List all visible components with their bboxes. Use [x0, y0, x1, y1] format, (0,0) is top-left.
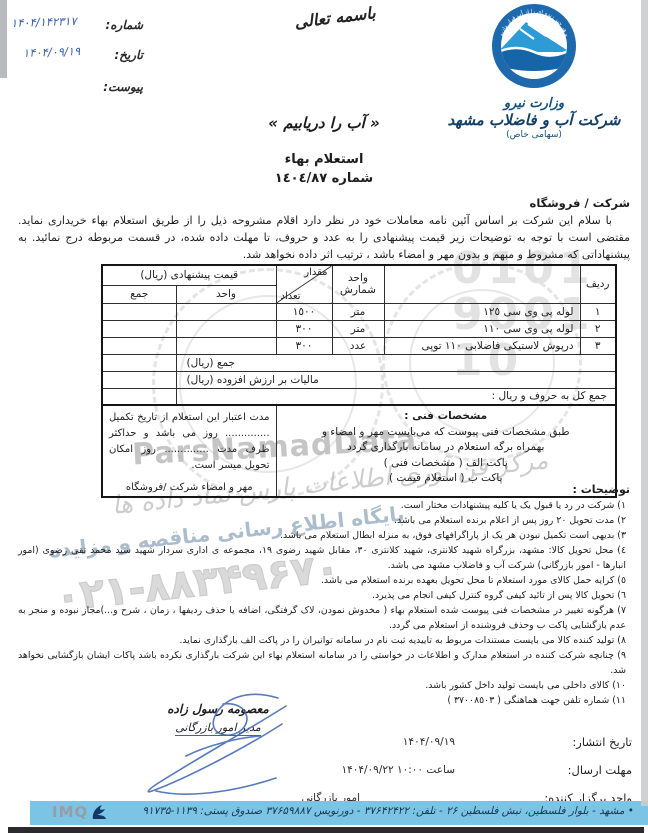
intro-paragraph: با سلام این شرکت بر اساس آئین نامه معامل… — [18, 212, 630, 263]
note-item: ٤) محل تحویل کالا: مشهد، بزرگراه شهید کل… — [18, 544, 626, 573]
items-table-wrapper: ردیف واحد شمارش مقدار تعداد قیمت پیشنهاد… — [101, 264, 617, 498]
item-unit-cell: عدد — [332, 337, 384, 354]
item-qty-cell: ٣٠٠ — [276, 320, 332, 337]
note-item: ٩) چنانچه شرکت کننده در استعلام مدارک و … — [18, 649, 626, 678]
item-unit-cell: متر — [332, 303, 384, 320]
item-unit-price-cell — [176, 303, 276, 320]
table-row: ٣ درپوش لاستیکی فاضلابی ١١٠ توپی عدد ٣٠٠ — [102, 337, 616, 354]
header-qty-count: تعداد — [281, 291, 301, 302]
note-item: ١٠) کالای داخلی می بایست تولید داخل کشور… — [18, 679, 626, 694]
grand-total-label-cell: جمع کل به حروف و ریال : — [176, 388, 616, 405]
imq-logo-text: IMQ — [52, 803, 88, 821]
header-qty-amount: مقدار — [304, 267, 327, 278]
vat-label-cell: مالیات بر ارزش افزوده (ریال) — [176, 371, 616, 388]
header-proposed-price: قیمت پیشنهادی (ریال) — [102, 265, 276, 285]
document-title: استعلام بهاء — [0, 152, 648, 167]
item-unit-cell: متر — [332, 320, 384, 337]
item-description-cell: درپوش لاستیکی فاضلابی ١١٠ توپی — [384, 337, 580, 354]
sum-value-cell — [102, 354, 176, 371]
signer-name: معصومه رسول زاده — [138, 702, 298, 716]
item-total-price-cell — [102, 337, 176, 354]
imq-logo: IMQ — [52, 803, 108, 821]
notes-list: ١) شرکت در رد یا قبول یک یا کلیه پیشنهاد… — [18, 499, 626, 709]
items-table: ردیف واحد شمارش مقدار تعداد قیمت پیشنهاد… — [101, 264, 617, 498]
specs-line1: طبق مشخصات فنی پیوست که می‌بایست مهر و ا… — [280, 425, 613, 441]
scan-bottom-strip — [8, 827, 644, 833]
specs-line2: بهمراه برگه استعلام در سامانه بارگذاری گ… — [280, 440, 613, 456]
water-company-logo-icon: و هر چیز زنده ای را از آب قرار دادیم — [490, 2, 578, 90]
deadline-value: ۱۴۰۴/۰۹/۲۲ ساعت ۱۰:۰۰ — [341, 764, 455, 776]
header-description — [384, 265, 580, 303]
note-item: ٢) مدت تحویل ٢٠ روز پس از اعلام برنده اس… — [18, 514, 626, 529]
row-number-cell: ١ — [580, 303, 616, 320]
notes-title: توضیحات : — [573, 483, 631, 496]
item-unit-price-cell — [176, 320, 276, 337]
signer-block: معصومه رسول زاده مدیر امور بازرگانی — [138, 702, 298, 736]
number-label: شماره: — [105, 18, 143, 32]
price-inquiry-document: 0101 9001 10 ParsNamadData مرکز فن آوری … — [0, 0, 648, 833]
item-description-cell: لوله پی وی سی ١٢٥ — [384, 303, 580, 320]
row-number-cell: ٣ — [580, 337, 616, 354]
item-total-price-cell — [102, 320, 176, 337]
note-item: ٨) تولید کننده کالا می بایست مستندات مرب… — [18, 634, 626, 649]
water-slogan: « آب را دریابیم » — [0, 114, 648, 132]
attachment-label: پیوست: — [103, 80, 143, 94]
note-item: ٧) هرگونه تغییر در مشخصات فنی پیوست شده … — [18, 604, 626, 633]
sum-row: جمع (ریال) — [102, 354, 616, 371]
publish-date-value: ۱۴۰۴/۰۹/۱۹ — [403, 736, 455, 748]
grand-total-row: جمع کل به حروف و ریال : — [102, 388, 616, 405]
vat-value-cell — [102, 371, 176, 388]
date-label: تاریخ: — [114, 48, 143, 62]
attachment-row: پیوست: — [0, 76, 143, 95]
publish-date-label: تاریخ انتشار: — [572, 735, 632, 749]
technical-specs-cell: مشخصات فنی : طبق مشخصات فنی پیوست که می‌… — [276, 405, 616, 497]
specs-envelope-b: پاکت ب ( استعلام قیمت ) — [280, 471, 613, 487]
number-handwritten-value: ۱۴۰۴/۱۴۲۳۱۷ — [11, 14, 77, 30]
specs-title: مشخصات فنی : — [280, 409, 613, 425]
deadline-label: مهلت ارسال: — [568, 763, 632, 777]
header-price-total: جمع — [102, 285, 176, 303]
letter-date-row: تاریخ: ۱۴۰۴/۰۹/۱۹ — [0, 44, 143, 63]
signer-title: مدیر امور بازرگانی — [175, 721, 261, 736]
table-header-row-1: ردیف واحد شمارش مقدار تعداد قیمت پیشنهاد… — [102, 265, 616, 285]
date-handwritten-value: ۱۴۰۴/۰۹/۱۹ — [23, 44, 81, 60]
scan-edge-left — [0, 0, 7, 78]
validity-text: مدت اعتبار این استعلام از تاریخ تکمیل ..… — [109, 412, 270, 471]
besmele-calligraphy: باسمه تعالی — [284, 2, 386, 33]
header-quantity-diagonal: مقدار تعداد — [276, 265, 332, 303]
vat-row: مالیات بر ارزش افزوده (ریال) — [102, 371, 616, 388]
imq-swan-icon — [90, 803, 108, 821]
document-number: شماره ١٤٠٤/٨٧ — [0, 171, 648, 186]
note-item: ١١) شماره تلفن جهت هماهنگی ( ٣٧٠٠٨٥٠٣ ) — [18, 694, 626, 709]
seller-seal-signature-label: مهر و امضاء شرکت /فروشگاه — [109, 480, 270, 496]
item-qty-cell: ١٥٠٠ — [276, 303, 332, 320]
note-item: ٦) تحویل کالا پس از تائید کیفی گروه کنتر… — [18, 589, 626, 604]
company-address: • مشهد - بلوار فلسطین، نبش فلسطین ۲۶ - ت… — [142, 805, 634, 817]
addressee-line: شرکت / فروشگاه — [530, 196, 630, 210]
note-item: ١) شرکت در رد یا قبول یک یا کلیه پیشنهاد… — [18, 499, 626, 514]
sum-label-cell: جمع (ریال) — [176, 354, 616, 371]
item-total-price-cell — [102, 303, 176, 320]
specs-validity-row: مشخصات فنی : طبق مشخصات فنی پیوست که می‌… — [102, 405, 616, 497]
table-row: ٢ لوله پی وی سی ١١٠ متر ٣٠٠ — [102, 320, 616, 337]
item-unit-price-cell — [176, 337, 276, 354]
header-row-number: ردیف — [580, 265, 616, 303]
header-price-unit: واحد — [176, 285, 276, 303]
item-qty-cell: ٣٠٠ — [276, 337, 332, 354]
letter-number-row: شماره: ۱۴۰۴/۱۴۲۳۱۷ — [0, 14, 143, 33]
footer-address-bar: IMQ • مشهد - بلوار فلسطین، نبش فلسطین ۲۶… — [30, 801, 648, 825]
note-item: ٥) کرایه حمل کالای مورد استعلام تا محل ت… — [18, 574, 626, 589]
row-number-cell: ٢ — [580, 320, 616, 337]
ministry-name: وزارت نیرو — [444, 96, 624, 111]
note-item: ٣) بدیهی است تکمیل نبودن هر یک از پاراگر… — [18, 529, 626, 544]
table-row: ١ لوله پی وی سی ١٢٥ متر ١٥٠٠ — [102, 303, 616, 320]
validity-cell: مدت اعتبار این استعلام از تاریخ تکمیل ..… — [102, 405, 276, 497]
item-description-cell: لوله پی وی سی ١١٠ — [384, 320, 580, 337]
header-count-unit: واحد شمارش — [332, 265, 384, 303]
grand-total-value-cell — [102, 388, 176, 405]
specs-envelope-a: پاکت الف ( مشخصات فنی ) — [280, 456, 613, 472]
